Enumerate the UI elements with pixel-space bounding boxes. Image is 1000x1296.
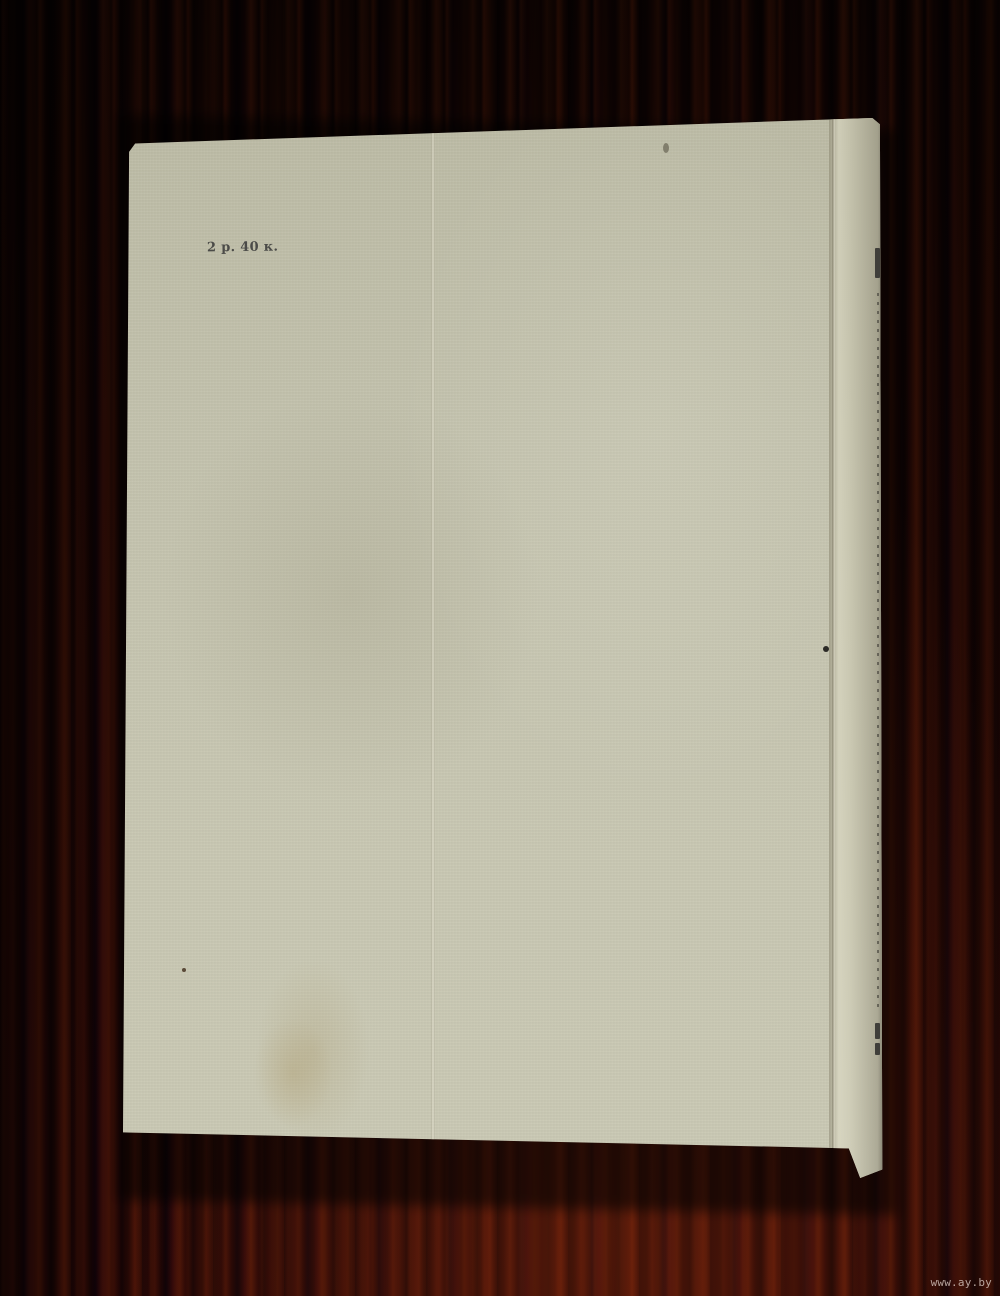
stain-spot (182, 968, 186, 972)
watermark-text: www.ay.by (931, 1276, 992, 1289)
spine-title-mark (875, 1043, 880, 1055)
spine-title-text (877, 293, 879, 1013)
spine-title-mark (875, 248, 880, 278)
spine-title-mark (875, 1023, 880, 1039)
photo-scene: 2 р. 40 к. www.ay.by (0, 0, 1000, 1296)
price-label: 2 р. 40 к. (207, 240, 278, 256)
cover-board-seam (431, 118, 435, 1178)
book-spine-edge (829, 118, 883, 1178)
spine-hinge-groove (832, 118, 835, 1178)
stain-spot (253, 1018, 333, 1128)
stain-spot (663, 143, 669, 153)
book-back-cover: 2 р. 40 к. (123, 118, 883, 1178)
